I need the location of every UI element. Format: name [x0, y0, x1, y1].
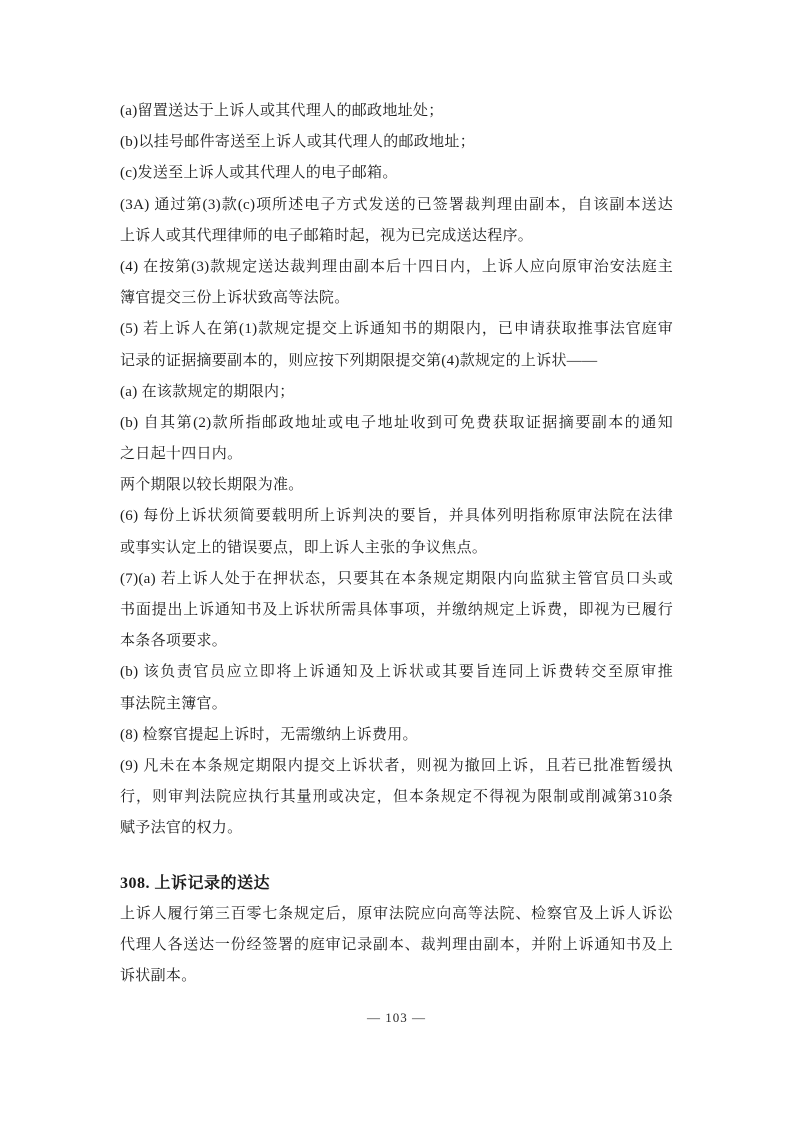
paragraph: (b) 自其第(2)款所指邮政地址或电子地址收到可免费获取证据摘要副本的通知之日…: [120, 408, 673, 470]
paragraph: (6) 每份上诉状须简要载明所上诉判决的要旨，并具体列明指称原审法院在法律或事实…: [120, 501, 673, 563]
text-line: 赋予法官的权力。: [120, 813, 673, 844]
text-line: 事法院主簿官。: [120, 689, 673, 720]
text-line: 两个期限以较长期限为准。: [120, 470, 673, 501]
text-line: (b) 自其第(2)款所指邮政地址或电子地址收到可免费获取证据摘要副本的通知: [120, 408, 673, 439]
paragraph: (a)留置送达于上诉人或其代理人的邮政地址处；: [120, 96, 673, 127]
section-heading: 308. 上诉记录的送达: [120, 868, 673, 899]
text-line: (b)以挂号邮件寄送至上诉人或其代理人的邮政地址；: [120, 127, 673, 158]
text-line: 308. 上诉记录的送达: [120, 868, 673, 899]
page-number: — 103 —: [0, 1010, 793, 1026]
paragraph: (a) 在该款规定的期限内；: [120, 377, 673, 408]
paragraph: (9) 凡未在本条规定期限内提交上诉状者，则视为撤回上诉，且若已批准暂缓执行，则…: [120, 751, 673, 845]
paragraph: (3A) 通过第(3)款(c)项所述电子方式发送的已签署裁判理由副本，自该副本送…: [120, 190, 673, 252]
text-line: 簿官提交三份上诉状致高等法院。: [120, 283, 673, 314]
text-line: (b) 该负责官员应立即将上诉通知及上诉状或其要旨连同上诉费转交至原审推: [120, 657, 673, 688]
paragraph: (5) 若上诉人在第(1)款规定提交上诉通知书的期限内，已申请获取推事法官庭审记…: [120, 314, 673, 376]
text-block: (a)留置送达于上诉人或其代理人的邮政地址处；(b)以挂号邮件寄送至上诉人或其代…: [120, 96, 673, 992]
paragraph: (b) 该负责官员应立即将上诉通知及上诉状或其要旨连同上诉费转交至原审推事法院主…: [120, 657, 673, 719]
text-line: 记录的证据摘要副本的，则应按下列期限提交第(4)款规定的上诉状——: [120, 346, 673, 377]
text-line: 书面提出上诉通知书及上诉状所需具体事项，并缴纳规定上诉费，即视为已履行: [120, 595, 673, 626]
text-line: (a) 在该款规定的期限内；: [120, 377, 673, 408]
text-line: (c)发送至上诉人或其代理人的电子邮箱。: [120, 158, 673, 189]
text-line: 或事实认定上的错误要点，即上诉人主张的争议焦点。: [120, 533, 673, 564]
text-line: (9) 凡未在本条规定期限内提交上诉状者，则视为撤回上诉，且若已批准暂缓执: [120, 751, 673, 782]
text-line: 之日起十四日内。: [120, 439, 673, 470]
text-line: (6) 每份上诉状须简要载明所上诉判决的要旨，并具体列明指称原审法院在法律: [120, 501, 673, 532]
paragraph: 两个期限以较长期限为准。: [120, 470, 673, 501]
paragraph: (7)(a) 若上诉人处于在押状态，只要其在本条规定期限内向监狱主管官员口头或书…: [120, 564, 673, 658]
paragraph: (8) 检察官提起上诉时，无需缴纳上诉费用。: [120, 720, 673, 751]
paragraph: (c)发送至上诉人或其代理人的电子邮箱。: [120, 158, 673, 189]
text-line: 上诉人或其代理律师的电子邮箱时起，视为已完成送达程序。: [120, 221, 673, 252]
text-line: 本条各项要求。: [120, 626, 673, 657]
text-line: (7)(a) 若上诉人处于在押状态，只要其在本条规定期限内向监狱主管官员口头或: [120, 564, 673, 595]
text-line: 行，则审判法院应执行其量刑或决定，但本条规定不得视为限制或削减第310条: [120, 782, 673, 813]
text-line: 上诉人履行第三百零七条规定后，原审法院应向高等法院、检察官及上诉人诉讼: [120, 899, 673, 930]
text-line: (4) 在按第(3)款规定送达裁判理由副本后十四日内，上诉人应向原审治安法庭主: [120, 252, 673, 283]
text-line: 代理人各送达一份经签署的庭审记录副本、裁判理由副本，并附上诉通知书及上: [120, 930, 673, 961]
paragraph: 上诉人履行第三百零七条规定后，原审法院应向高等法院、检察官及上诉人诉讼代理人各送…: [120, 899, 673, 993]
document-page: (a)留置送达于上诉人或其代理人的邮政地址处；(b)以挂号邮件寄送至上诉人或其代…: [0, 0, 793, 1122]
paragraph: (4) 在按第(3)款规定送达裁判理由副本后十四日内，上诉人应向原审治安法庭主簿…: [120, 252, 673, 314]
text-line: (3A) 通过第(3)款(c)项所述电子方式发送的已签署裁判理由副本，自该副本送…: [120, 190, 673, 221]
text-line: (8) 检察官提起上诉时，无需缴纳上诉费用。: [120, 720, 673, 751]
text-line: (a)留置送达于上诉人或其代理人的邮政地址处；: [120, 96, 673, 127]
text-line: 诉状副本。: [120, 961, 673, 992]
paragraph: (b)以挂号邮件寄送至上诉人或其代理人的邮政地址；: [120, 127, 673, 158]
text-line: (5) 若上诉人在第(1)款规定提交上诉通知书的期限内，已申请获取推事法官庭审: [120, 314, 673, 345]
